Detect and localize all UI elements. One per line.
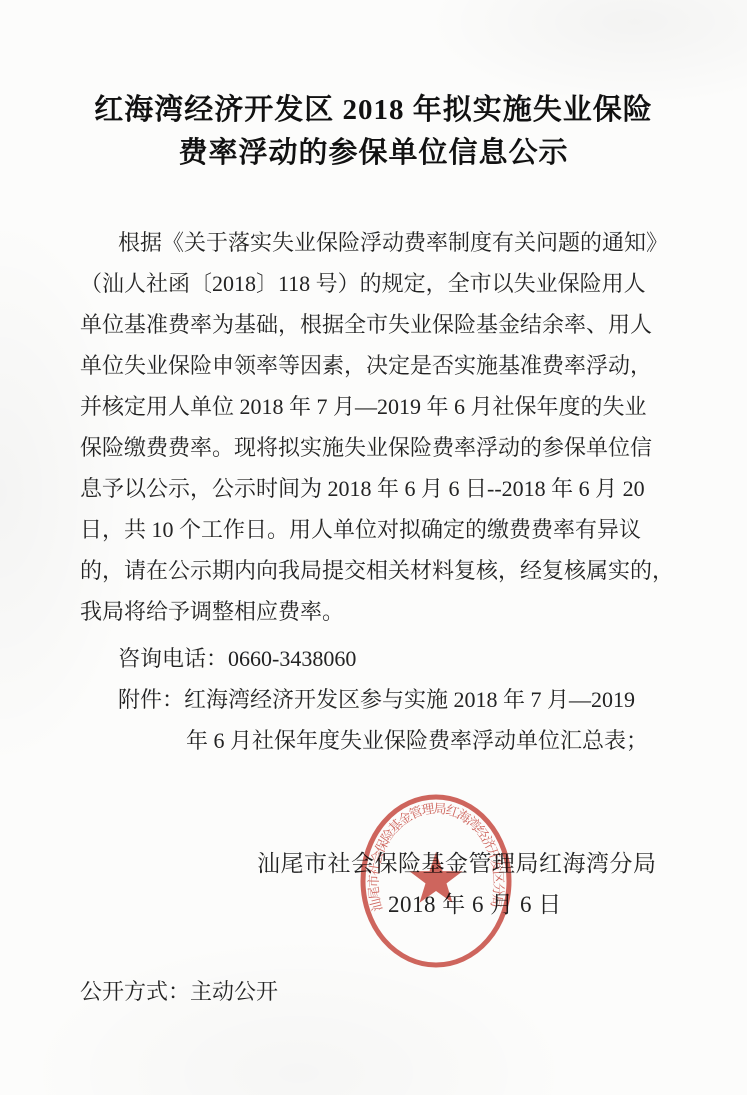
- document-title-line-2: 费率浮动的参保单位信息公示: [0, 130, 747, 171]
- body-line: 的，请在公示期内向我局提交相关材料复核，经复核属实的，: [80, 550, 720, 591]
- body-line: 日，共 10 个工作日。用人单位对拟确定的缴费费率有异议: [80, 509, 720, 550]
- attachment-line-1: 附件：红海湾经济开发区参与实施 2018 年 7 月—2019: [80, 679, 720, 720]
- body-line: 并核定用人单位 2018 年 7 月—2019 年 6 月社保年度的失业: [80, 386, 720, 427]
- body-line: （汕人社函〔2018〕118 号）的规定，全市以失业保险用人: [80, 263, 720, 304]
- attachment-label: 附件：: [118, 687, 184, 712]
- issue-date: 2018 年 6 月 6 日: [388, 886, 562, 919]
- scanned-notice-page: { "document": { "title_lines": [ "红海湾经济开…: [0, 0, 747, 1095]
- official-seal: 汕尾市社会保险基金管理局红海湾经济开发区分局: [356, 790, 516, 972]
- attachment-line-2: 年 6 月社保年度失业保险费率浮动单位汇总表；: [186, 720, 747, 761]
- body-line: 保险缴费费率。现将拟实施失业保险费率浮动的参保单位信: [80, 427, 720, 468]
- seal-ring: [363, 797, 509, 965]
- body-line: 单位失业保险申领率等因素，决定是否实施基准费率浮动，: [80, 345, 720, 386]
- contact-phone-line: 咨询电话：0660-3438060: [80, 638, 720, 679]
- issuer-name: 汕尾市社会保险基金管理局红海湾分局: [257, 845, 657, 878]
- body-line: 单位基准费率为基础，根据全市失业保险基金结余率、用人: [80, 304, 720, 345]
- publicity-mode-line: 公开方式：主动公开: [80, 971, 720, 1012]
- body-line: 我局将给予调整相应费率。: [80, 591, 720, 632]
- document-title-line-1: 红海湾经济开发区 2018 年拟实施失业保险: [0, 87, 747, 128]
- seal-graphic: 汕尾市社会保险基金管理局红海湾经济开发区分局: [356, 790, 516, 972]
- body-line: 息予以公示，公示时间为 2018 年 6 月 6 日--2018 年 6 月 2…: [80, 468, 720, 509]
- attachment-text: 红海湾经济开发区参与实施 2018 年 7 月—2019: [184, 687, 635, 712]
- body-line: 根据《关于落实失业保险浮动费率制度有关问题的通知》: [80, 222, 720, 263]
